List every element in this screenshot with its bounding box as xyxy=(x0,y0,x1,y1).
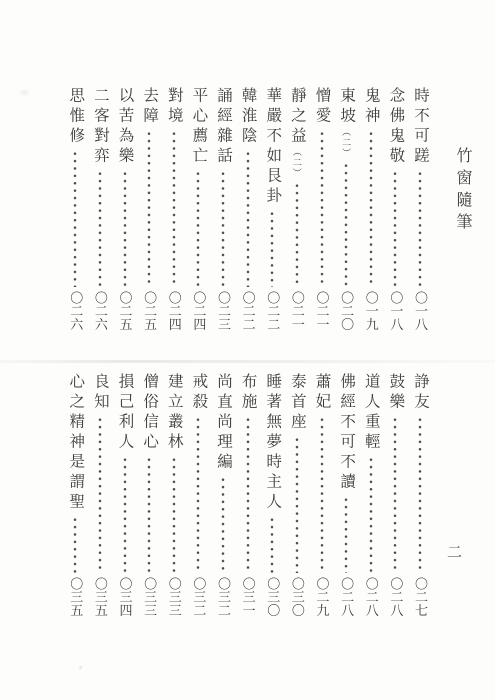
dot-leader xyxy=(73,150,77,287)
dot-leader xyxy=(246,150,250,287)
toc-entry-page-number: 〇二三 xyxy=(216,291,230,331)
dot-leader xyxy=(196,170,200,287)
dot-leader xyxy=(344,162,348,288)
toc-entry: 思惟修 〇二六 xyxy=(67,87,83,331)
toc-entry-title: 道人重輕 xyxy=(363,373,379,453)
toc-entry-title: 二客對弈 xyxy=(92,87,108,167)
toc-entry: 韓淮陰 〇二二 xyxy=(240,87,256,331)
toc-entry-page-number: 〇二八 xyxy=(364,577,378,617)
folio-page-number: 二 xyxy=(445,544,460,559)
toc-entry-page-number: 〇二四 xyxy=(191,291,205,331)
toc-entry-title: 蕭妃 xyxy=(314,373,330,413)
toc-entry: 去障 〇二五 xyxy=(141,87,157,331)
dot-leader xyxy=(418,170,422,287)
toc-entry-page-number: 〇二五 xyxy=(142,291,156,331)
dot-leader xyxy=(393,416,397,573)
toc-entry: 鼓樂 〇二八 xyxy=(387,373,403,617)
toc-entry: 諍友 〇二七 xyxy=(412,373,428,617)
toc-section-bottom: 諍友 〇二七 鼓樂 〇二八 道人重輕 〇二八 佛經不可不讀 〇二八 蕭妃 〇二九 xyxy=(67,373,428,617)
toc-entry-page-number: 〇三四 xyxy=(118,577,132,617)
toc-entry-page-number: 〇二五 xyxy=(118,291,132,331)
toc-entry-title: 平心薦亡 xyxy=(190,87,206,167)
dot-leader xyxy=(295,436,299,573)
toc-entry-title: 損己利人 xyxy=(117,373,133,453)
dot-leader xyxy=(221,170,225,287)
toc-entry-title: 去障 xyxy=(141,87,157,127)
dot-leader xyxy=(123,456,127,573)
dot-leader xyxy=(221,476,225,573)
toc-entry: 念佛鬼敬 〇一八 xyxy=(387,87,403,331)
toc-entry-page-number: 〇三二 xyxy=(216,577,230,617)
toc-entry-page-number: 〇三〇 xyxy=(290,577,304,617)
toc-entry-title: 僧俗信心 xyxy=(141,373,157,453)
toc-entry-title: 憎愛 xyxy=(314,87,330,127)
scan-artifact-line xyxy=(0,360,495,363)
toc-entry-page-number: 〇三〇 xyxy=(265,577,279,617)
dot-leader xyxy=(295,182,299,288)
toc-entry: 平心薦亡 〇二四 xyxy=(190,87,206,331)
dot-leader xyxy=(73,516,77,573)
toc-entry-title: 韓淮陰 xyxy=(240,87,256,147)
toc-entry-page-number: 〇一八 xyxy=(413,291,427,331)
toc-entry: 建立叢林 〇三三 xyxy=(166,373,182,617)
toc-entry-page-number: 〇一九 xyxy=(364,291,378,331)
toc-entry: 以苦為樂 〇二五 xyxy=(117,87,133,331)
dot-leader xyxy=(123,170,127,287)
toc-entry-title: 靜之益（二） xyxy=(289,87,305,179)
toc-entry: 損己利人 〇三四 xyxy=(117,373,133,617)
toc-entry: 時不可蹉 〇一八 xyxy=(412,87,428,331)
toc-entry-title: 誦經雜話 xyxy=(215,87,231,167)
toc-entry-page-number: 〇三二 xyxy=(191,577,205,617)
toc-entry-page-number: 〇三三 xyxy=(142,577,156,617)
toc-entry-title: 對境 xyxy=(166,87,182,127)
toc-entry-page-number: 〇二一 xyxy=(290,291,304,331)
toc-entry-page-number: 〇二二 xyxy=(241,291,255,331)
toc-entry-page-number: 〇三五 xyxy=(68,577,82,617)
toc-entry-title: 尚直尚理編 xyxy=(215,373,231,473)
toc-entry-title: 念佛鬼敬 xyxy=(387,87,403,167)
scan-smudge xyxy=(79,666,82,669)
toc-entry-title: 以苦為樂 xyxy=(117,87,133,167)
toc-entry: 僧俗信心 〇三三 xyxy=(141,373,157,617)
toc-entry-title: 良知 xyxy=(92,373,108,413)
toc-entry-page-number: 〇二九 xyxy=(315,577,329,617)
toc-entry: 誦經雜話 〇二三 xyxy=(215,87,231,331)
dot-leader xyxy=(270,516,274,573)
toc-entry: 泰首座 〇三〇 xyxy=(289,373,305,617)
toc-entry: 蕭妃 〇二九 xyxy=(314,373,330,617)
dot-leader xyxy=(393,170,397,287)
toc-entry: 東坡（二） 〇二〇 xyxy=(338,87,354,331)
toc-entry-note: （二） xyxy=(341,127,351,159)
book-title: 竹窗隨筆 xyxy=(454,147,470,235)
dot-leader xyxy=(320,130,324,287)
dot-leader xyxy=(172,130,176,287)
toc-entry-title: 東坡（二） xyxy=(338,87,354,159)
toc-entry-title: 布施 xyxy=(240,373,256,413)
toc-entry-title: 諍友 xyxy=(412,373,428,413)
toc-entry: 華嚴不如艮卦 〇二二 xyxy=(264,87,280,331)
toc-entry-page-number: 〇二八 xyxy=(388,577,402,617)
toc-entry-page-number: 〇二四 xyxy=(167,291,181,331)
toc-entry: 鬼神 〇一九 xyxy=(363,87,379,331)
toc-entry-page-number: 〇二八 xyxy=(339,577,353,617)
toc-entry-page-number: 〇二七 xyxy=(413,577,427,617)
toc-entry-title: 佛經不可不讀 xyxy=(338,373,354,493)
toc-entry: 靜之益（二） 〇二一 xyxy=(289,87,305,331)
dot-leader xyxy=(418,416,422,573)
dot-leader xyxy=(369,130,373,287)
dot-leader xyxy=(196,416,200,573)
dot-leader xyxy=(320,416,324,573)
toc-entry: 道人重輕 〇二八 xyxy=(363,373,379,617)
toc-section-top: 時不可蹉 〇一八 念佛鬼敬 〇一八 鬼神 〇一九 東坡（二） 〇二〇 憎愛 〇二… xyxy=(67,87,428,331)
toc-entry-title: 建立叢林 xyxy=(166,373,182,453)
toc-entry-page-number: 〇二二 xyxy=(265,291,279,331)
dot-leader xyxy=(147,130,151,287)
toc-entry-title: 華嚴不如艮卦 xyxy=(264,87,280,207)
scanned-toc-page: 竹窗隨筆 二 時不可蹉 〇一八 念佛鬼敬 〇一八 鬼神 〇一九 東坡（二） 〇二… xyxy=(0,0,495,700)
toc-entry-title: 鬼神 xyxy=(363,87,379,127)
toc-entry-page-number: 〇二〇 xyxy=(339,291,353,331)
toc-entry-title: 時不可蹉 xyxy=(412,87,428,167)
dot-leader xyxy=(98,170,102,287)
dot-leader xyxy=(270,210,274,287)
toc-entry: 戒殺 〇三二 xyxy=(190,373,206,617)
dot-leader xyxy=(147,456,151,573)
toc-entry-page-number: 〇二六 xyxy=(93,291,107,331)
scan-smudge xyxy=(20,90,29,95)
dot-leader xyxy=(98,416,102,573)
toc-entry-title: 睡著無夢時主人 xyxy=(264,373,280,513)
toc-entry-page-number: 〇二一 xyxy=(315,291,329,331)
toc-entry: 心之精神是謂聖 〇三五 xyxy=(67,373,83,617)
dot-leader xyxy=(246,416,250,573)
toc-entry: 對境 〇二四 xyxy=(166,87,182,331)
toc-entry: 布施 〇三一 xyxy=(240,373,256,617)
toc-entry-title: 戒殺 xyxy=(190,373,206,413)
toc-entry-page-number: 〇三五 xyxy=(93,577,107,617)
dot-leader xyxy=(369,456,373,573)
toc-entry-page-number: 〇三一 xyxy=(241,577,255,617)
toc-entry-note: （二） xyxy=(292,147,302,179)
toc-entry: 二客對弈 〇二六 xyxy=(92,87,108,331)
toc-entry-title: 心之精神是謂聖 xyxy=(67,373,83,513)
toc-entry: 睡著無夢時主人 〇三〇 xyxy=(264,373,280,617)
dot-leader xyxy=(344,496,348,573)
toc-entry-title: 泰首座 xyxy=(289,373,305,433)
toc-entry: 良知 〇三五 xyxy=(92,373,108,617)
toc-entry: 憎愛 〇二一 xyxy=(314,87,330,331)
toc-entry-title: 思惟修 xyxy=(67,87,83,147)
toc-entry: 尚直尚理編 〇三二 xyxy=(215,373,231,617)
toc-entry-page-number: 〇三三 xyxy=(167,577,181,617)
toc-entry: 佛經不可不讀 〇二八 xyxy=(338,373,354,617)
toc-entry-page-number: 〇二六 xyxy=(68,291,82,331)
dot-leader xyxy=(172,456,176,573)
toc-entry-title: 鼓樂 xyxy=(387,373,403,413)
toc-entry-page-number: 〇一八 xyxy=(388,291,402,331)
